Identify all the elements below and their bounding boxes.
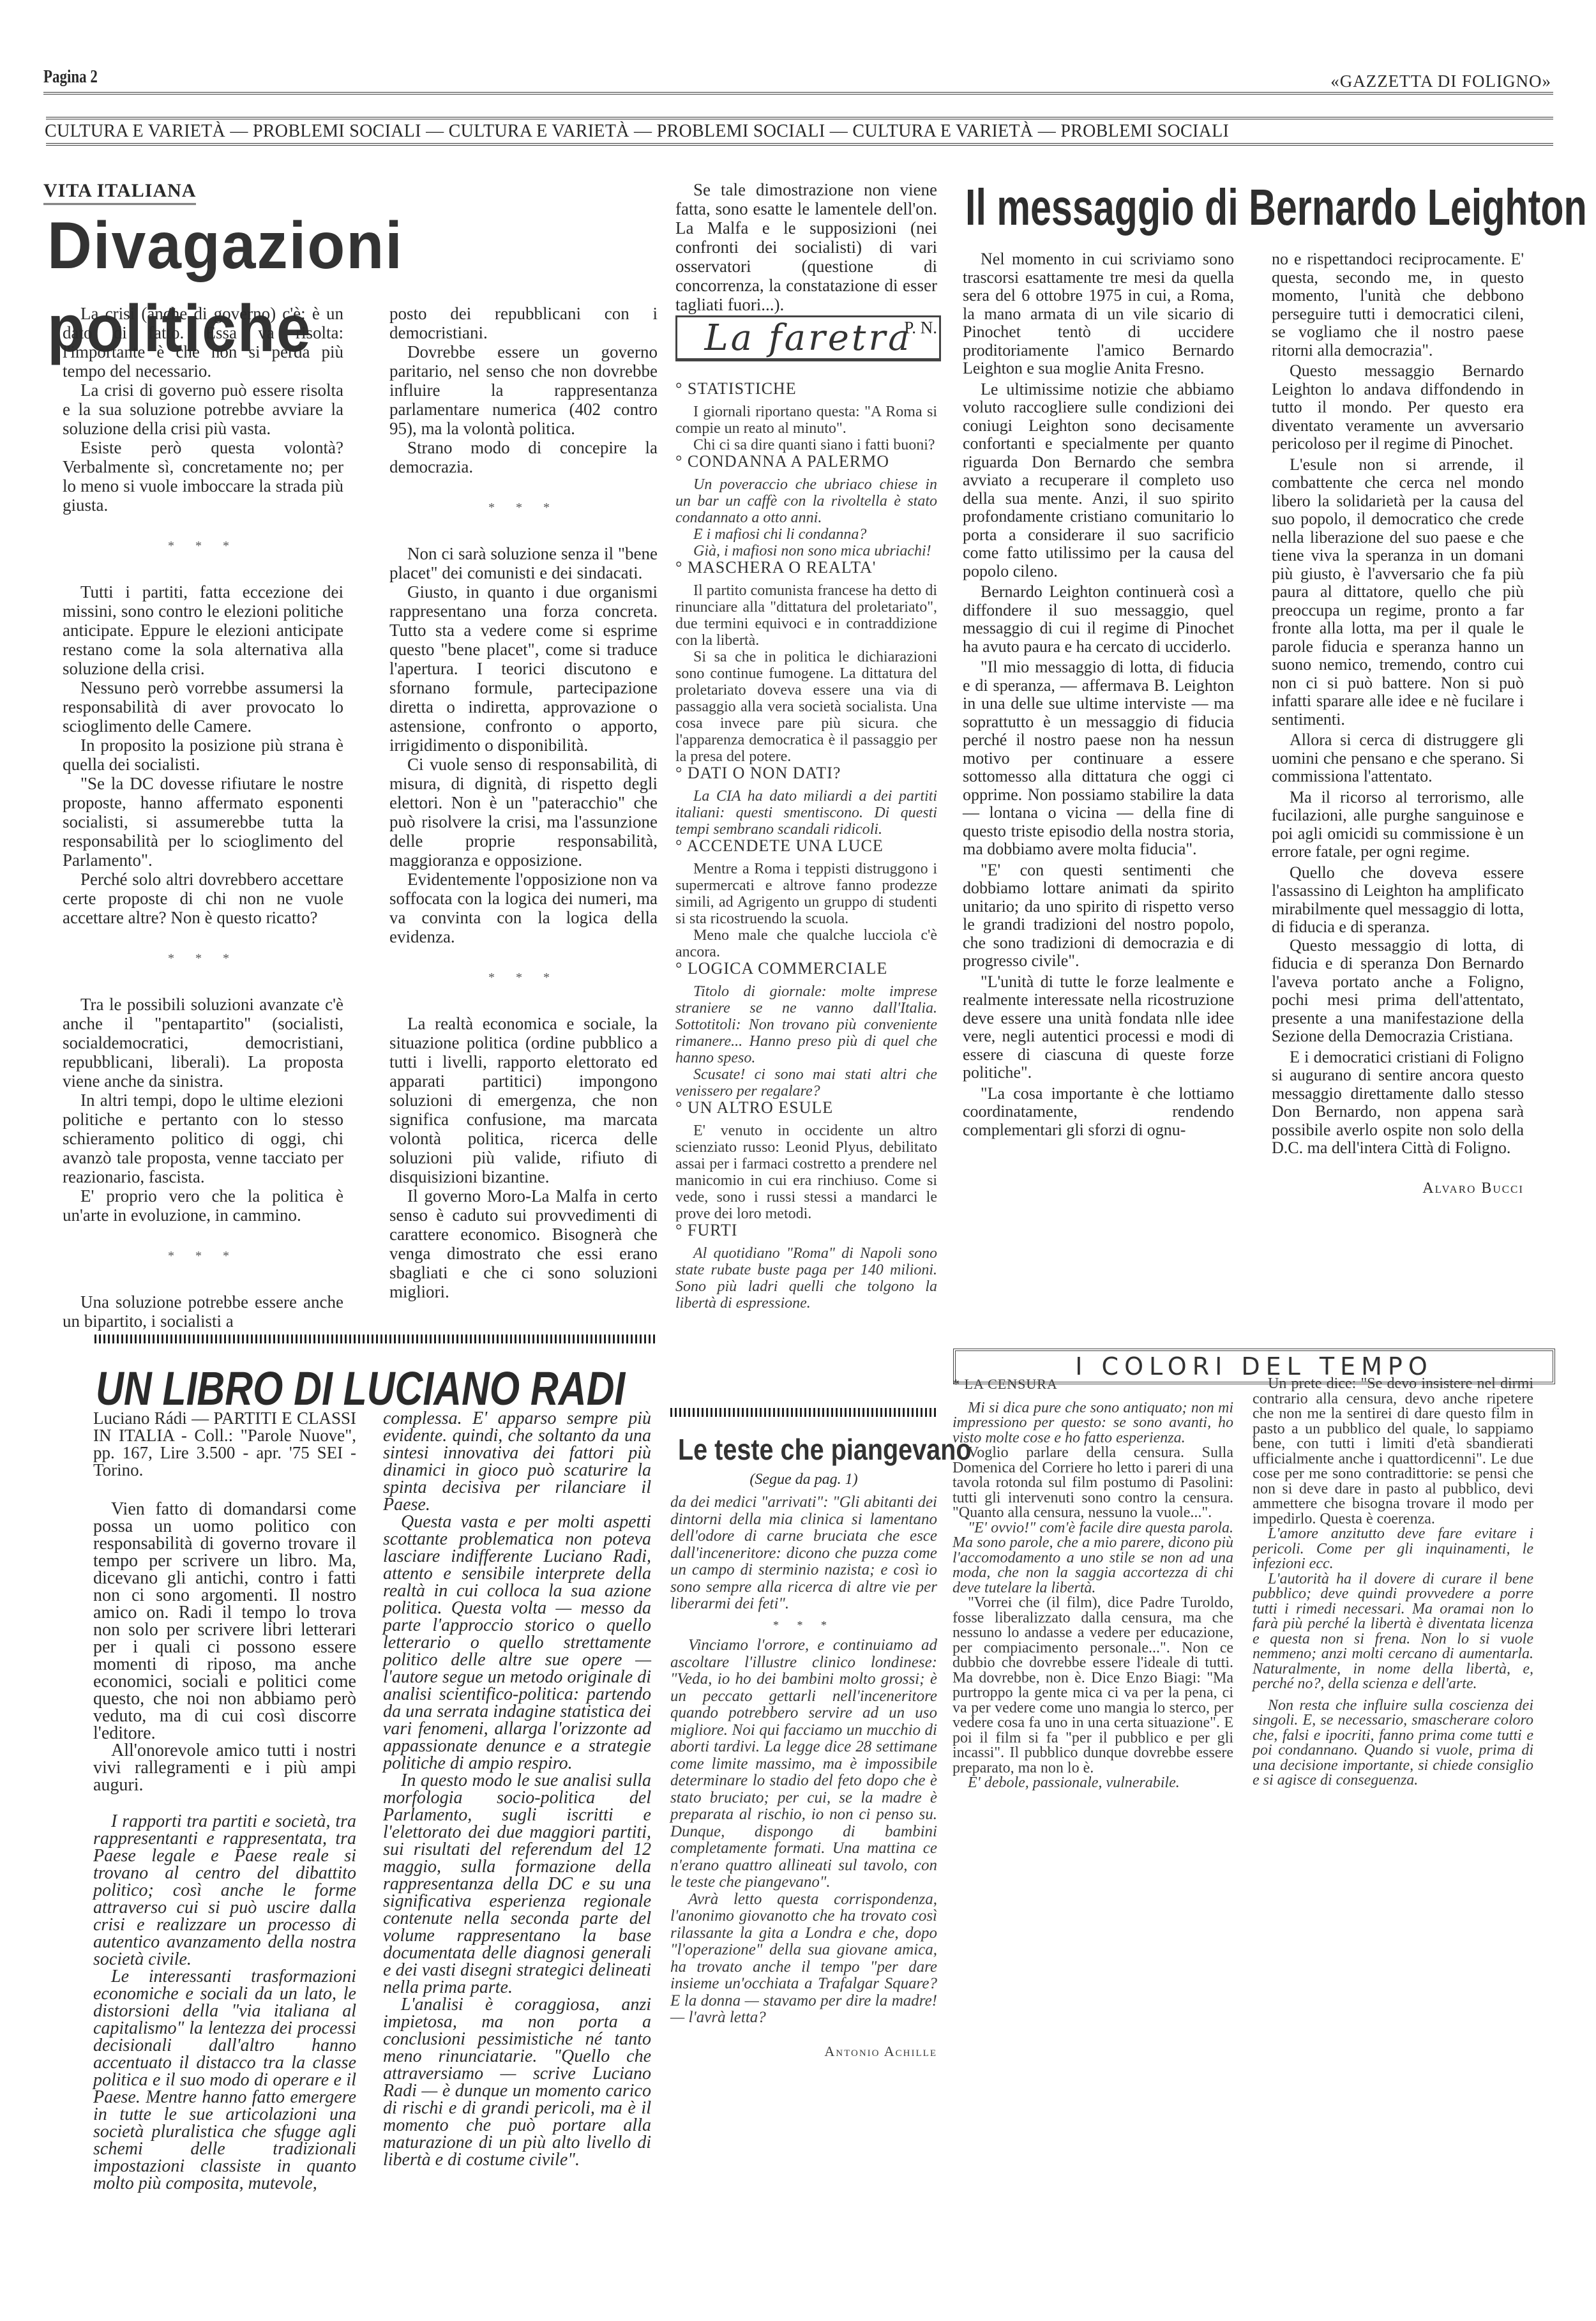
faretra-item-condanna-palermo: ° CONDANNA A PALERMO Un poveraccio che u…	[675, 453, 937, 559]
article-column-3: Se tale dimostrazione non viene fatta, s…	[675, 180, 937, 337]
faretra-item-maschera-realta: ° MASCHERA O REALTA' Il partito comunist…	[675, 559, 937, 765]
banner-rule-top	[46, 117, 1553, 119]
article-column-2: posto dei repubblicani con i democristia…	[389, 304, 658, 1301]
item-heading: ° DATI O NON DATI?	[675, 765, 937, 782]
paragraph: Giusto, in quanto i due organismi rappre…	[389, 582, 658, 755]
faretra-item-altro-esule: ° UN ALTRO ESULE E' venuto in occidente …	[675, 1100, 937, 1222]
paragraph: Mentre a Roma i teppisti distruggono i s…	[675, 861, 937, 927]
paragraph: Mi si dica pure che sono antiquato; non …	[952, 1401, 1233, 1446]
hatched-divider	[94, 1334, 655, 1343]
paragraph: Strano modo di concepire la democrazia.	[389, 438, 658, 476]
paragraph: L'amore anzitutto deve fare evitare i pe…	[1253, 1527, 1533, 1572]
article-column-2: no e rispettandoci reciprocamente. E' qu…	[1272, 250, 1524, 1197]
section-separator: * * *	[389, 498, 658, 517]
paragraph: Voglio parlare della censura. Sulla Dome…	[952, 1446, 1233, 1521]
faretra-title-box: La faretra	[675, 315, 941, 361]
paragraph: Quello che doveva essere l'assassino di …	[1272, 864, 1524, 937]
paragraph: Un prete dice: "Se devo insistere nel di…	[1253, 1377, 1533, 1527]
paragraph: Meno male che qualche lucciola c'è ancor…	[675, 927, 937, 960]
paragraph: Una soluzione potrebbe essere anche un b…	[63, 1292, 343, 1331]
paragraph: Esiste però questa volontà? Verbalmente …	[63, 438, 343, 515]
item-heading: ° STATISTICHE	[675, 381, 937, 397]
paragraph: Al quotidiano "Roma" di Napoli sono stat…	[675, 1245, 937, 1312]
paragraph: Il governo Moro-La Malfa in certo senso …	[389, 1186, 658, 1301]
paragraph: L'esule non si arrende, il combattente c…	[1272, 456, 1524, 729]
item-heading: ° CONDANNA A PALERMO	[675, 453, 937, 470]
paragraph: Non ci sarà soluzione senza il "bene pla…	[389, 544, 658, 582]
faretra-title: La faretra	[704, 317, 912, 359]
item-heading: ° FURTI	[675, 1222, 937, 1239]
paragraph: Vien fatto di domandarsi come possa un u…	[93, 1501, 356, 1742]
paragraph: E' proprio vero che la politica è un'art…	[63, 1186, 343, 1225]
paragraph: Nessuno però vorrebbe assumersi la respo…	[63, 678, 343, 736]
paragraph: "Vorrei che (il film), dice Padre Turold…	[952, 1596, 1233, 1776]
faretra-item-statistiche: ° STATISTICHE I giornali riportano quest…	[675, 381, 937, 453]
paragraph: L'analisi è coraggiosa, anzi impietosa, …	[383, 1996, 651, 2168]
paragraph: La CIA ha dato miliardi a dei partiti it…	[675, 788, 937, 838]
section-separator: * * *	[389, 968, 658, 987]
paragraph: In altri tempi, dopo le ultime elezioni …	[63, 1091, 343, 1186]
section-separator: * * *	[670, 1617, 937, 1634]
paragraph: E i democratici cristiani di Foligno si …	[1272, 1048, 1524, 1158]
continued-from-note: (Segue da pag. 1)	[670, 1471, 937, 1488]
paragraph: Il partito comunista francese ha detto d…	[675, 582, 937, 649]
paragraph: La crisi di governo può essere risolta e…	[63, 381, 343, 438]
faretra-item-logica-commerciale: ° LOGICA COMMERCIALE Titolo di giornale:…	[675, 960, 937, 1100]
paragraph: E' debole, passionale, vulnerabile.	[952, 1776, 1233, 1791]
article-title: Le teste che piangevano	[678, 1430, 931, 1469]
paragraph: Bernardo Leighton continuerà così a diff…	[963, 583, 1234, 656]
paragraph: Ci vuole senso di responsabilità, di mis…	[389, 755, 658, 870]
paragraph: La crisi (anche di governo) c'è: è un da…	[63, 304, 343, 381]
paragraph: Titolo di giornale: molte imprese strani…	[675, 983, 937, 1066]
banner-rule-bottom	[46, 143, 1553, 146]
item-heading: * LA CENSURA	[952, 1377, 1233, 1392]
paragraph: La realtà economica e sociale, la situaz…	[389, 1014, 658, 1186]
item-heading: ° LOGICA COMMERCIALE	[675, 960, 937, 977]
item-heading: ° ACCENDETE UNA LUCE	[675, 838, 937, 854]
paragraph: Le ultimissime notizie che abbiamo volut…	[963, 381, 1234, 581]
paragraph: Perché solo altri dovrebbero accettare c…	[63, 870, 343, 927]
article-column-1: La crisi (anche di governo) c'è: è un da…	[63, 304, 343, 1331]
article-column-2: complessa. E' apparso sempre più evident…	[383, 1410, 651, 2168]
faretra-items: ° STATISTICHE I giornali riportano quest…	[675, 381, 937, 1312]
page-number: Pagina 2	[43, 67, 98, 87]
paragraph: Questa vasta e per molti aspetti scottan…	[383, 1513, 651, 1772]
paragraph: In questo modo le sue analisi sulla morf…	[383, 1772, 651, 1996]
paragraph: Le interessanti trasformazioni economich…	[93, 1968, 356, 2192]
colori-column-1: * LA CENSURA Mi si dica pure che sono an…	[952, 1373, 1233, 1791]
paragraph: Evidentemente l'opposizione non va soffo…	[389, 870, 658, 946]
paragraph: Già, i mafiosi non sono mica ubriachi!	[675, 543, 937, 559]
paragraph: E' venuto in occidente un altro scienzia…	[675, 1123, 937, 1222]
paragraph: Un poveraccio che ubriaco chiese in un b…	[675, 476, 937, 526]
paragraph: Nel momento in cui scriviamo sono trasco…	[963, 250, 1234, 378]
section-banner: CULTURA E VARIETÀ — PROBLEMI SOCIALI — C…	[45, 121, 1555, 142]
section-separator: * * *	[63, 949, 343, 968]
faretra-item-dati-non-dati: ° DATI O NON DATI? La CIA ha dato miliar…	[675, 765, 937, 838]
section-separator: * * *	[63, 536, 343, 556]
article-title: Il messaggio di Bernardo Leighton	[965, 176, 1509, 239]
hatched-divider	[670, 1408, 937, 1417]
paragraph: "E' con questi sentimenti che dobbiamo l…	[963, 861, 1234, 971]
author-signature: Alvaro Bucci	[1272, 1179, 1524, 1198]
item-heading: ° MASCHERA O REALTA'	[675, 559, 937, 576]
paragraph: Tutti i partiti, fatta eccezione dei mis…	[63, 582, 343, 678]
item-heading: ° UN ALTRO ESULE	[675, 1100, 937, 1116]
paragraph: Questo messaggio Bernardo Leighton lo an…	[1272, 362, 1524, 453]
book-bibliography: Luciano Rádi — PARTITI E CLASSI IN ITALI…	[93, 1410, 356, 1479]
paragraph: complessa. E' apparso sempre più evident…	[383, 1410, 651, 1513]
newspaper-name: «GAZZETTA DI FOLIGNO»	[1330, 72, 1551, 91]
paragraph: L'autorità ha il dovere di curare il ben…	[1253, 1572, 1533, 1692]
paragraph: no e rispettandoci reciprocamente. E' qu…	[1272, 250, 1524, 359]
paragraph: Dovrebbe essere un governo paritario, ne…	[389, 342, 658, 438]
paragraph: Si sa che in politica le dichiarazioni s…	[675, 649, 937, 765]
section-separator: * * *	[63, 1246, 343, 1266]
paragraph: "Il mio messaggio di lotta, di fiducia e…	[963, 658, 1234, 859]
paragraph: "E' ovvio!" com'è facile dire questa par…	[952, 1521, 1233, 1596]
author-signature: Antonio Achille	[670, 2043, 937, 2060]
paragraph: Avrà letto questa corrispondenza, l'anon…	[670, 1891, 937, 2027]
paragraph: "L'unità di tutte le forze lealmente e r…	[963, 973, 1234, 1082]
article-column-1: Nel momento in cui scriviamo sono trasco…	[963, 250, 1234, 1139]
paragraph: In proposito la posizione più strana è q…	[63, 736, 343, 774]
paragraph: Se tale dimostrazione non viene fatta, s…	[675, 180, 937, 314]
paragraph: posto dei repubblicani con i democristia…	[389, 304, 658, 342]
paragraph: Ma il ricorso al terrorismo, alle fucila…	[1272, 789, 1524, 861]
article-body: da dei medici "arrivati": "Gli abitanti …	[670, 1494, 937, 2060]
kicker-vita-italiana: VITA ITALIANA	[43, 180, 196, 205]
paragraph: All'onorevole amico tutti i nostri vivi …	[93, 1742, 356, 1794]
paragraph: "Se la DC dovesse rifiutare le nostre pr…	[63, 774, 343, 870]
paragraph: E i mafiosi chi li condanna?	[675, 526, 937, 543]
paragraph: Tra le possibili soluzioni avanzate c'è …	[63, 995, 343, 1091]
paragraph: Vinciamo l'orrore, e continuiamo ad asco…	[670, 1637, 937, 1891]
paragraph: Questo messaggio di lotta, di fiducia e …	[1272, 937, 1524, 1046]
paragraph: Non resta che influire sulla coscienza d…	[1253, 1698, 1533, 1788]
paragraph: da dei medici "arrivati": "Gli abitanti …	[670, 1494, 937, 1613]
colori-column-2: Un prete dice: "Se devo insistere nel di…	[1253, 1373, 1533, 1788]
faretra-item-furti: ° FURTI Al quotidiano "Roma" di Napoli s…	[675, 1222, 937, 1312]
paragraph: I rapporti tra partiti e società, tra ra…	[93, 1813, 356, 1968]
paragraph: "La cosa importante è che lottiamo coord…	[963, 1085, 1234, 1140]
paragraph: Scusate! ci sono mai stati altri che ven…	[675, 1066, 937, 1100]
article-column-1: Luciano Rádi — PARTITI E CLASSI IN ITALI…	[93, 1410, 356, 2192]
paragraph: Chi ci sa dire quanti siano i fatti buon…	[675, 437, 937, 453]
paragraph: I giornali riportano questa: "A Roma si …	[675, 404, 937, 437]
paragraph: Allora si cerca di distruggere gli uomin…	[1272, 731, 1524, 786]
masthead-rule	[43, 92, 1553, 95]
faretra-item-accendete-luce: ° ACCENDETE UNA LUCE Mentre a Roma i tep…	[675, 838, 937, 960]
